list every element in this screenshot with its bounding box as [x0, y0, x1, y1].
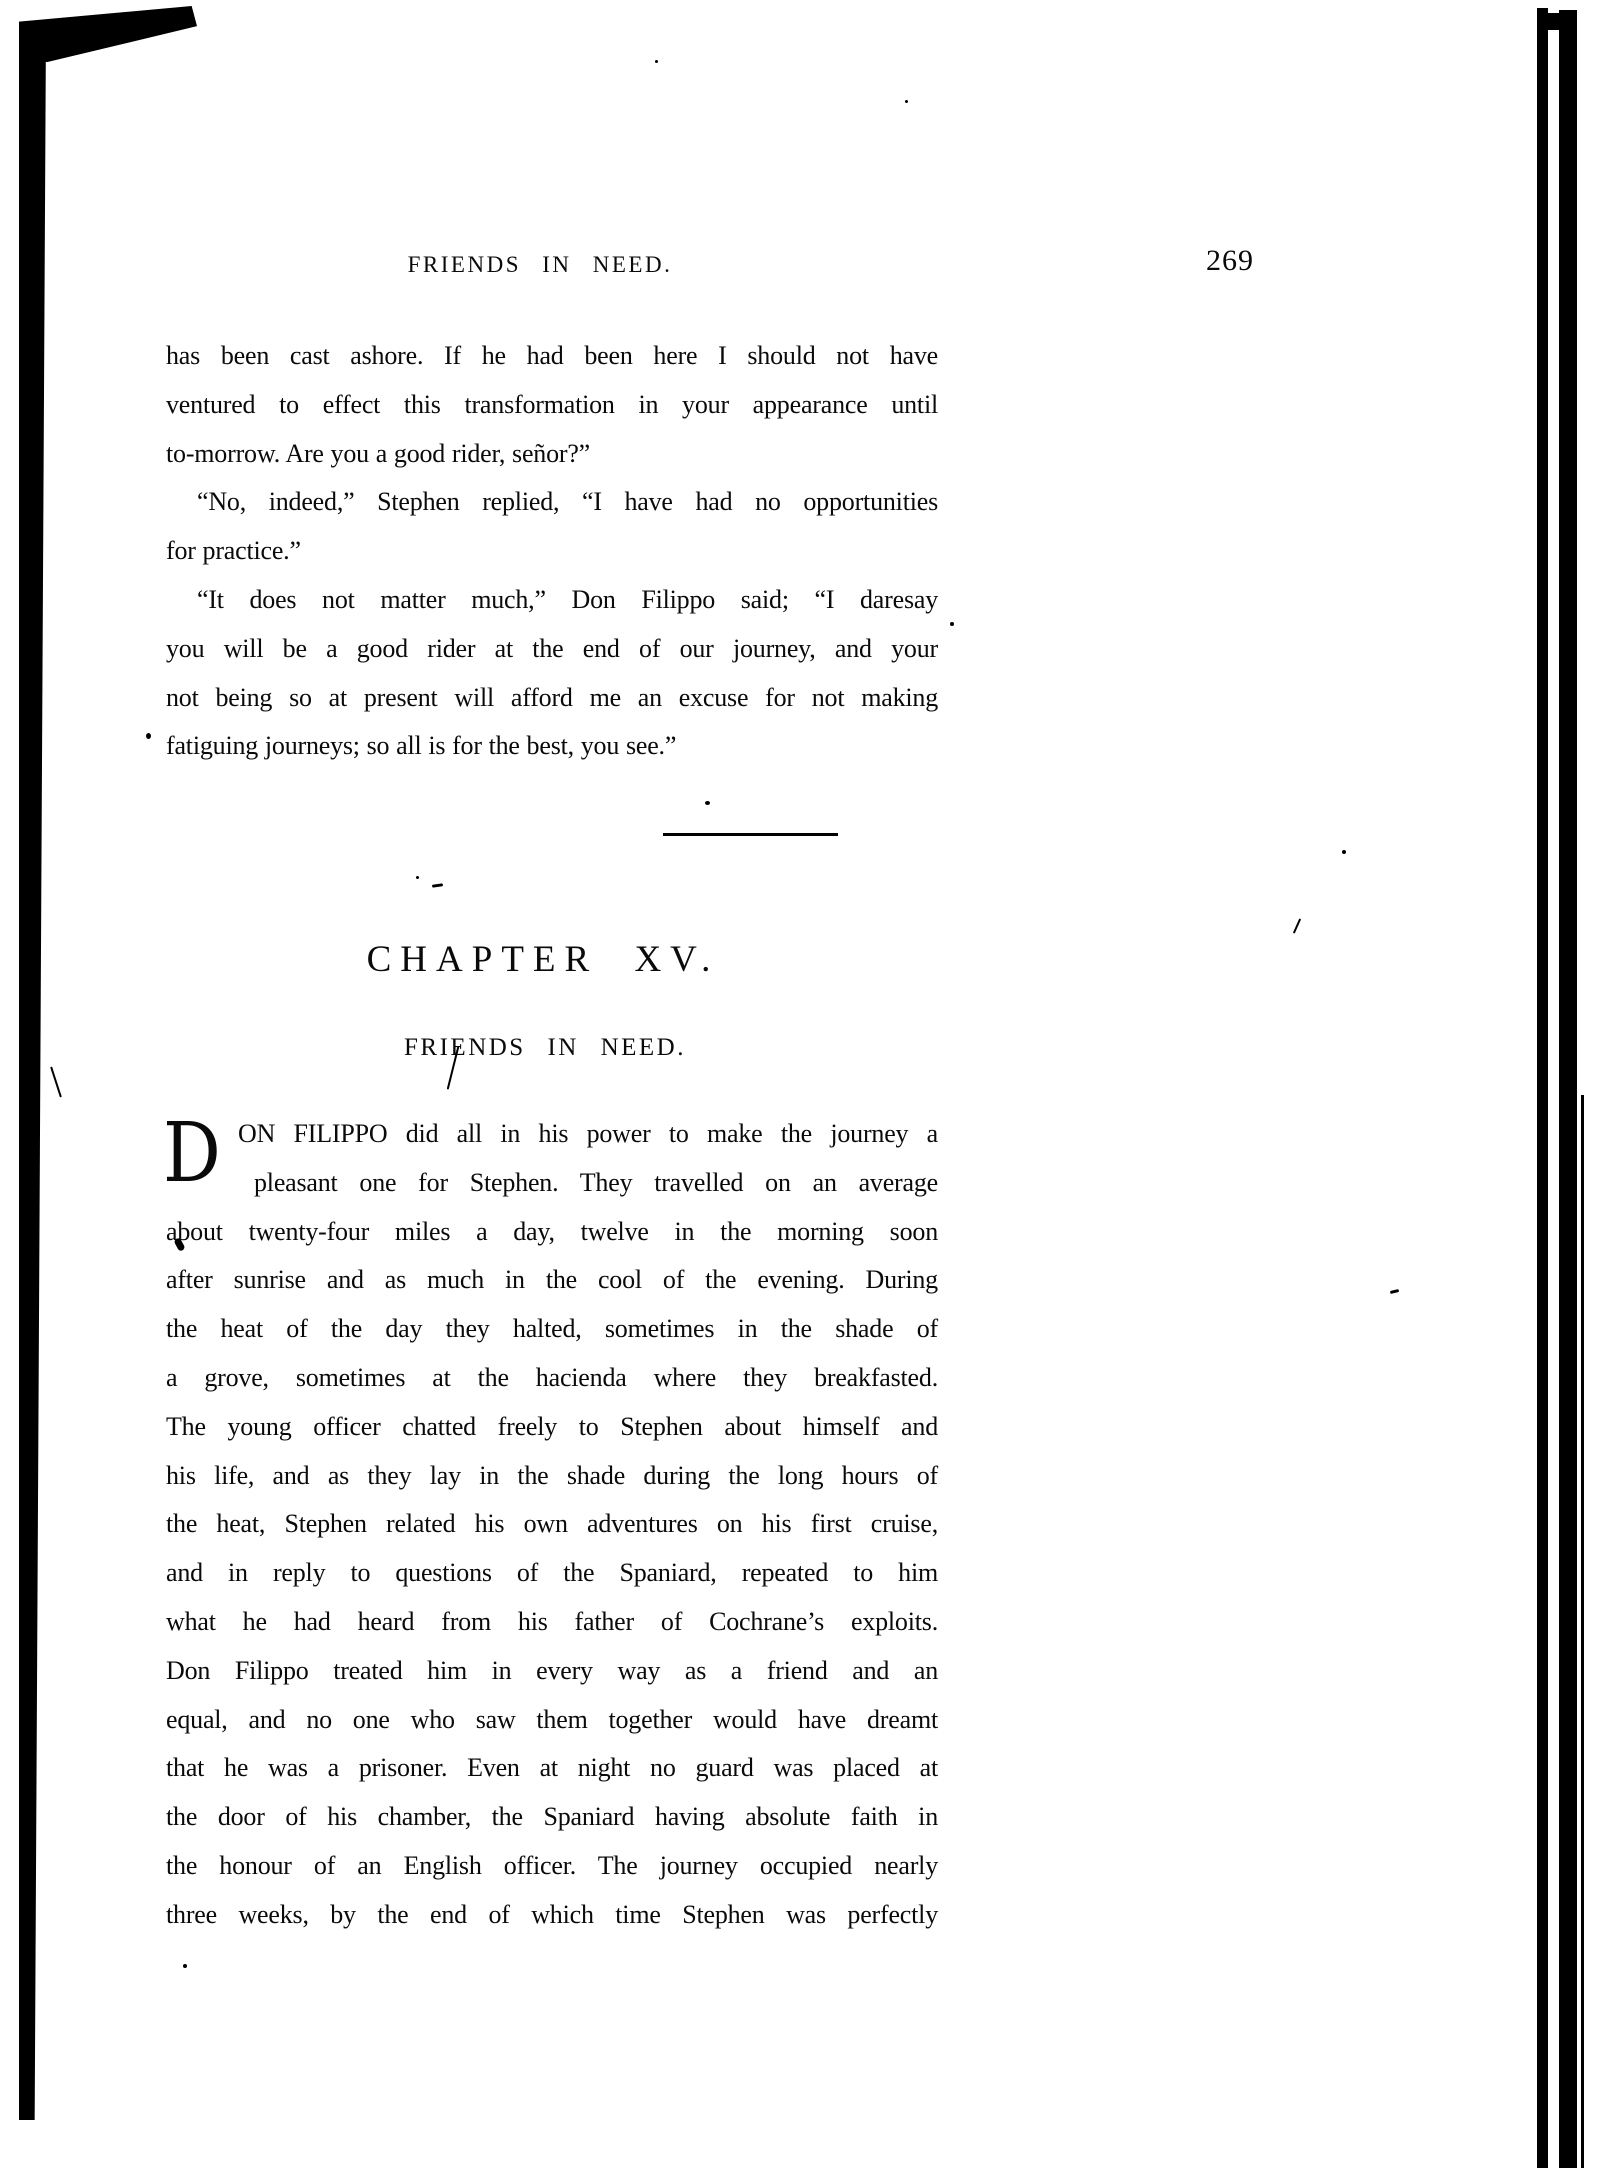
scan-speck	[1390, 1289, 1399, 1294]
text-line: his life, and as they lay in the shade d…	[166, 1452, 938, 1501]
text-line: not being so at present will afford me a…	[166, 674, 938, 723]
text-line: a grove, sometimes at the hacienda where…	[166, 1354, 938, 1403]
text-line: you will be a good rider at the end of o…	[166, 625, 938, 674]
scan-speck	[1342, 850, 1346, 854]
text-line: The young officer chatted freely to Step…	[166, 1403, 938, 1452]
text-line: ventured to effect this transformation i…	[166, 381, 938, 430]
chapter-heading: CHAPTER XV.	[157, 938, 929, 981]
text-line: ON FILIPPO did all in his power to make …	[166, 1110, 938, 1159]
chapter-subheading: FRIENDS IN NEED.	[159, 1034, 931, 1062]
scan-speck	[432, 883, 443, 888]
text-line: for practice.”	[166, 527, 938, 576]
text-line: to-morrow. Are you a good rider, señor?”	[166, 430, 938, 479]
section-divider-rule	[663, 833, 838, 836]
scan-artifact-right-bar-1	[1537, 8, 1548, 2168]
text-line: the honour of an English officer. The jo…	[166, 1842, 938, 1891]
scan-speck	[50, 1066, 62, 1097]
scan-speck	[655, 60, 658, 63]
text-line: that he was a prisoner. Even at night no…	[166, 1744, 938, 1793]
text-line: Don Filippo treated him in every way as …	[166, 1647, 938, 1696]
text-line: “No, indeed,” Stephen replied, “I have h…	[166, 478, 938, 527]
scan-speck	[416, 876, 419, 879]
scan-speck	[183, 1964, 187, 1968]
scan-artifact-right-thin-line	[1581, 1095, 1584, 2168]
text-line: the heat of the day they halted, sometim…	[166, 1305, 938, 1354]
text-line: “It does not matter much,” Don Filippo s…	[166, 576, 938, 625]
intro-paragraphs: has been cast ashore. If he had been her…	[166, 332, 938, 771]
text-line: has been cast ashore. If he had been her…	[166, 332, 938, 381]
scan-artifact-right-blob	[1546, 13, 1576, 30]
text-line: pleasant one for Stephen. They travelled…	[166, 1159, 938, 1208]
text-line: equal, and no one who saw them together …	[166, 1696, 938, 1745]
text-line: fatiguing journeys; so all is for the be…	[166, 722, 938, 771]
text-line: three weeks, by the end of which time St…	[166, 1891, 938, 1940]
scanned-book-page: FRIENDS IN NEED. 269 has been cast ashor…	[0, 0, 1608, 2168]
chapter-paragraph: D ON FILIPPO did all in his power to mak…	[166, 1110, 938, 1940]
scan-artifact-right-bar-2	[1559, 10, 1577, 2168]
running-header-title: FRIENDS IN NEED.	[154, 252, 926, 278]
text-line: what he had heard from his father of Coc…	[166, 1598, 938, 1647]
scan-speck	[1293, 918, 1301, 933]
scan-speck	[705, 801, 710, 805]
text-line: and in reply to questions of the Spaniar…	[166, 1549, 938, 1598]
scan-speck	[905, 100, 908, 103]
scan-speck	[146, 733, 151, 739]
text-line: the door of his chamber, the Spaniard ha…	[166, 1793, 938, 1842]
dropcap-letter: D	[163, 1118, 221, 1190]
text-line: after sunrise and as much in the cool of…	[166, 1256, 938, 1305]
text-line: the heat, Stephen related his own advent…	[166, 1500, 938, 1549]
page-number: 269	[1206, 244, 1254, 278]
scan-speck	[950, 622, 954, 626]
text-line: about twenty-four miles a day, twelve in…	[166, 1208, 938, 1257]
scan-artifact-left-band	[19, 24, 46, 2120]
